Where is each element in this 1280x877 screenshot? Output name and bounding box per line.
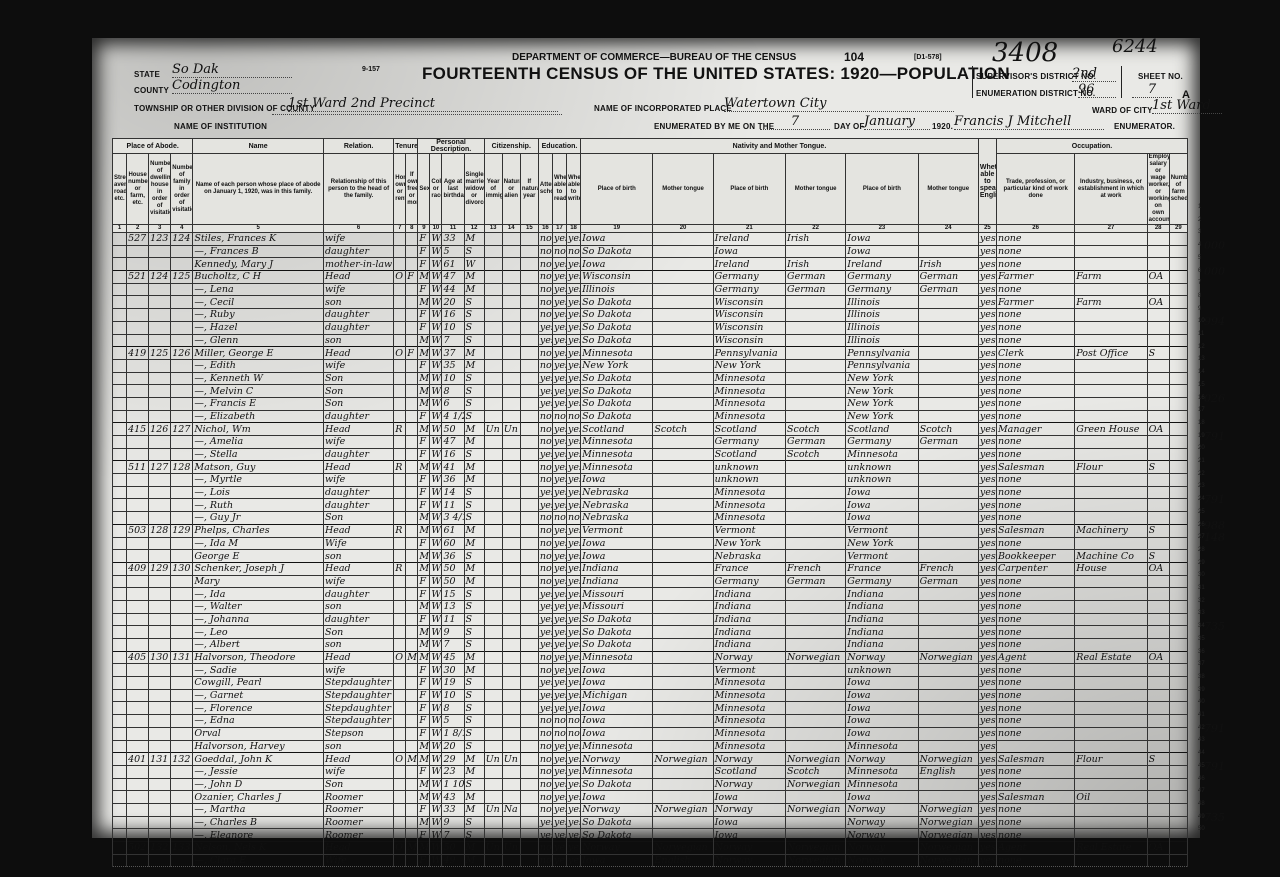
cell-imm: [484, 296, 502, 309]
cell-sex: M: [418, 626, 430, 639]
cell-age: 30: [442, 664, 464, 677]
cell-marital: S: [464, 397, 484, 410]
table-row: Ozanier, Charles JRoomerMW43MnoyesyesIow…: [113, 791, 1188, 804]
column-number: 20: [653, 225, 713, 233]
cell-dwelling: [149, 791, 171, 804]
cell-line: [113, 347, 127, 360]
cell-school: no: [538, 562, 552, 575]
cell-house: [127, 829, 149, 842]
cell-sex: M: [418, 512, 430, 525]
cell-school: no: [538, 778, 552, 791]
cell-line: [113, 461, 127, 474]
cell-english: yes: [978, 486, 996, 499]
cell-mtongue: [918, 512, 978, 525]
cell-race: W: [430, 321, 442, 334]
cell-relation: Wife: [323, 537, 393, 550]
cell-tongue: [653, 664, 713, 677]
column-number: 24: [918, 225, 978, 233]
cell-natyr: [520, 727, 538, 740]
cell-relation: son: [323, 639, 393, 652]
cell-age: 1 10/12: [442, 778, 464, 791]
line-number: 5: [1198, 255, 1201, 261]
cell-nat: [502, 537, 520, 550]
cell-line: [113, 245, 127, 258]
cell-ftongue: [785, 334, 845, 347]
cell-ftongue: [785, 359, 845, 372]
cell-ftongue: [785, 397, 845, 410]
cell-farm-schedule: [1169, 245, 1187, 258]
cell-sex: F: [418, 258, 430, 271]
cell-line: [113, 715, 127, 728]
cell-mbirth: Ireland: [846, 258, 918, 271]
cell-family: [171, 816, 193, 829]
enumerated-day: 7: [760, 114, 830, 130]
cell-dwelling: [149, 778, 171, 791]
cell-line: [113, 740, 127, 753]
cell-mbirth: Pennsylvania: [846, 359, 918, 372]
cell-sex: F: [418, 689, 430, 702]
cell-employer: [1147, 829, 1169, 842]
cell-marital: S: [464, 448, 484, 461]
group-nativity: Nativity and Mother Tongue.: [581, 139, 979, 154]
day-of-label: day of: [834, 122, 865, 131]
cell-race: W: [430, 245, 442, 258]
cell-mtongue: [918, 727, 978, 740]
cell-natyr: [520, 740, 538, 753]
cell-line: [113, 258, 127, 271]
cell-family: 125: [171, 271, 193, 284]
margin-occupation-code: 000: [1204, 239, 1225, 252]
cell-house: [127, 537, 149, 550]
cell-imm: [484, 613, 502, 626]
cell-race: W: [430, 410, 442, 423]
line-number: 39: [1198, 687, 1205, 693]
group-tenure: Tenure.: [394, 139, 418, 154]
cell-tongue: [653, 537, 713, 550]
page-title: FOURTEENTH CENSUS OF THE UNITED STATES: …: [422, 64, 1010, 84]
cell-tongue: [653, 791, 713, 804]
cell-nat: [502, 474, 520, 487]
cell-mort: M: [406, 842, 418, 855]
cell-read: yes: [552, 778, 566, 791]
table-row: 409129130Schenker, Joseph JHeadRMW50Mnoy…: [113, 562, 1188, 575]
cell-ftongue: [785, 347, 845, 360]
cell-industry: Green House: [1075, 423, 1147, 436]
cell-occupation: none: [996, 575, 1074, 588]
cell-name: —, Leo: [193, 626, 324, 639]
cell-occupation: Agent: [996, 651, 1074, 664]
stamp-number-2: 6244: [1112, 36, 1158, 57]
cell-nat: [502, 321, 520, 334]
cell-house: [127, 575, 149, 588]
cell-natyr: [520, 499, 538, 512]
line-number: 35: [1198, 636, 1205, 642]
table-row: —, Frances BdaughterFW5SnononoSo DakotaI…: [113, 245, 1188, 258]
cell-employer: [1147, 613, 1169, 626]
cell-write: yes: [567, 524, 581, 537]
cell-read: yes: [552, 524, 566, 537]
cell-employer: [1147, 702, 1169, 715]
cell-name: —, Charles B: [193, 816, 324, 829]
cell-family: [171, 715, 193, 728]
cell-dwelling: [149, 499, 171, 512]
cell-fbirth: Nebraska: [713, 550, 785, 563]
cell-house: [127, 372, 149, 385]
cell-own: [394, 245, 406, 258]
cell-tongue: [653, 296, 713, 309]
cell-sex: F: [418, 803, 430, 816]
cell-ftongue: Norwegian: [785, 651, 845, 664]
cell-natyr: [520, 588, 538, 601]
cell-age: 8: [442, 702, 464, 715]
line-number: 43: [1198, 737, 1205, 743]
table-row: OrvalStepsonFW1 8/12SnononoIowaMinnesota…: [113, 727, 1188, 740]
cell-school: no: [538, 803, 552, 816]
cell-name: —, Garnet: [193, 689, 324, 702]
cell-own: [394, 664, 406, 677]
cell-employer: [1147, 664, 1169, 677]
cell-imm: [484, 537, 502, 550]
cell-marital: S: [464, 816, 484, 829]
cell-imm: [484, 524, 502, 537]
cell-read: yes: [552, 233, 566, 246]
cell-english: yes: [978, 664, 996, 677]
column-number: 2: [127, 225, 149, 233]
cell-age: 33: [442, 233, 464, 246]
cell-fbirth: Germany: [713, 436, 785, 449]
cell-nat: [502, 562, 520, 575]
cell-age: 8: [442, 385, 464, 398]
table-row: —, EdithwifeFW35MnoyesyesNew YorkNew Yor…: [113, 359, 1188, 372]
cell-mbirth: Indiana: [846, 626, 918, 639]
table-row: —, Guy JrSonMW3 4/12SnononoNebraskaMinne…: [113, 512, 1188, 525]
cell-employer: [1147, 778, 1169, 791]
cell-house: [127, 778, 149, 791]
cell-occupation: none: [996, 385, 1074, 398]
cell-line: [113, 854, 127, 867]
cell-marital: S: [464, 778, 484, 791]
cell-name: —, Ida: [193, 588, 324, 601]
cell-tongue: [653, 613, 713, 626]
cell-relation: wife: [323, 474, 393, 487]
cell-industry: [1075, 233, 1147, 246]
cell-imm: [484, 778, 502, 791]
line-number: 3: [1198, 229, 1201, 235]
cell-nat: [502, 778, 520, 791]
cell-english: yes: [978, 347, 996, 360]
cell-farm-schedule: [1169, 588, 1187, 601]
cell-industry: [1075, 778, 1147, 791]
cell-mtongue: [918, 486, 978, 499]
cell-school: no: [538, 842, 552, 855]
cell-marital: M: [464, 854, 484, 867]
cell-family: [171, 702, 193, 715]
line-number: 1: [1198, 204, 1201, 210]
cell-sex: M: [418, 524, 430, 537]
form-id: [D1-578]: [914, 54, 942, 61]
cell-own: [394, 436, 406, 449]
cell-mort: [406, 600, 418, 613]
cell-tongue: [653, 258, 713, 271]
cell-name: —, Cecil: [193, 296, 324, 309]
cell-read: yes: [552, 677, 566, 690]
cell-own: [394, 626, 406, 639]
cell-read: yes: [552, 436, 566, 449]
cell-farm-schedule: [1169, 562, 1187, 575]
cell-natyr: [520, 385, 538, 398]
cell-ftongue: German: [785, 271, 845, 284]
cell-occupation: Salesman: [996, 753, 1074, 766]
cell-race: W: [430, 296, 442, 309]
cell-write: yes: [567, 550, 581, 563]
cell-school: yes: [538, 626, 552, 639]
cell-write: yes: [567, 474, 581, 487]
cell-imm: [484, 321, 502, 334]
cell-imm: [484, 283, 502, 296]
cell-tongue: [653, 486, 713, 499]
cell-school: no: [538, 765, 552, 778]
line-number: 2: [1198, 217, 1201, 223]
cell-write: yes: [567, 753, 581, 766]
cell-read: yes: [552, 271, 566, 284]
cell-tongue: [653, 524, 713, 537]
cell-mbirth: Norway: [846, 753, 918, 766]
cell-birth: Norway: [581, 753, 653, 766]
cell-english: yes: [978, 245, 996, 258]
cell-mort: [406, 258, 418, 271]
cell-sex: F: [418, 321, 430, 334]
cell-age: 1 8/12: [442, 727, 464, 740]
cell-mtongue: [918, 791, 978, 804]
cell-nat: [502, 397, 520, 410]
column-header: Naturalized or alien: [502, 154, 520, 225]
cell-name: —, Johanna: [193, 613, 324, 626]
table-row: George EsonMW36SnoyesyesIowaNebraskaVerm…: [113, 550, 1188, 563]
cell-fbirth: Indiana: [713, 639, 785, 652]
cell-employer: [1147, 537, 1169, 550]
cell-ftongue: [785, 296, 845, 309]
cell-family: [171, 791, 193, 804]
cell-house: [127, 283, 149, 296]
cell-natyr: [520, 486, 538, 499]
cell-nat: [502, 765, 520, 778]
cell-occupation: none: [996, 765, 1074, 778]
cell-read: yes: [552, 651, 566, 664]
cell-house: 521: [127, 271, 149, 284]
cell-natyr: [520, 245, 538, 258]
cell-farm-schedule: [1169, 283, 1187, 296]
cell-line: [113, 397, 127, 410]
cell-fbirth: Minnesota: [713, 397, 785, 410]
cell-age: 6: [442, 397, 464, 410]
cell-sex: F: [418, 677, 430, 690]
column-header: Trade, profession, or particular kind of…: [996, 154, 1074, 225]
cell-nat: [502, 816, 520, 829]
cell-age: 35: [442, 359, 464, 372]
cell-employer: [1147, 474, 1169, 487]
cell-race: W: [430, 829, 442, 842]
margin-occupation-code: 000: [1204, 265, 1225, 278]
cell-birth: So Dakota: [581, 321, 653, 334]
cell-read: yes: [552, 448, 566, 461]
cell-natyr: [520, 803, 538, 816]
cell-occupation: Farmer: [996, 296, 1074, 309]
cell-industry: [1075, 321, 1147, 334]
cell-english: yes: [978, 562, 996, 575]
cell-race: W: [430, 537, 442, 550]
cell-fbirth: Indiana: [713, 600, 785, 613]
cell-dwelling: [149, 296, 171, 309]
cell-family: [171, 854, 193, 867]
cell-ftongue: Scotch: [785, 423, 845, 436]
cell-natyr: [520, 854, 538, 867]
cell-line: [113, 283, 127, 296]
cell-name: —, Sadie: [193, 664, 324, 677]
column-header: Number of family in order of visitation: [171, 154, 193, 225]
cell-industry: Real Estate: [1075, 651, 1147, 664]
line-number: 7: [1198, 280, 1201, 286]
cell-imm: [484, 448, 502, 461]
line-number: 6: [1198, 268, 1201, 274]
cell-fbirth: Ireland: [713, 258, 785, 271]
cell-own: [394, 791, 406, 804]
margin-occupation-code: 735: [1204, 620, 1225, 633]
cell-school: yes: [538, 588, 552, 601]
cell-marital: S: [464, 829, 484, 842]
margin-occupation-code: 148: [1204, 531, 1225, 544]
cell-age: 13: [442, 600, 464, 613]
cell-fbirth: Minnesota: [713, 385, 785, 398]
cell-english: yes: [978, 677, 996, 690]
cell-write: yes: [567, 233, 581, 246]
cell-sex: M: [418, 550, 430, 563]
cell-age: 19: [442, 677, 464, 690]
cell-mort: [406, 474, 418, 487]
cell-read: yes: [552, 740, 566, 753]
cell-nat: [502, 727, 520, 740]
column-number: 3: [149, 225, 171, 233]
cell-birth: Iowa: [581, 677, 653, 690]
cell-mbirth: Minnesota: [846, 778, 918, 791]
cell-line: [113, 334, 127, 347]
cell-industry: [1075, 626, 1147, 639]
margin-occupation-code: 791: [1204, 722, 1225, 735]
cell-name: —, Martha: [193, 803, 324, 816]
cell-relation: Stepdaughter: [323, 689, 393, 702]
cell-industry: [1075, 689, 1147, 702]
cell-employer: [1147, 639, 1169, 652]
cell-employer: OA: [1147, 562, 1169, 575]
cell-school: no: [538, 537, 552, 550]
cell-tongue: [653, 321, 713, 334]
cell-mort: [406, 245, 418, 258]
cell-farm-schedule: [1169, 448, 1187, 461]
cell-line: [113, 512, 127, 525]
cell-write: yes: [567, 258, 581, 271]
cell-nat: [502, 448, 520, 461]
cell-race: W: [430, 334, 442, 347]
cell-relation: daughter: [323, 410, 393, 423]
cell-natyr: [520, 816, 538, 829]
cell-birth: So Dakota: [581, 410, 653, 423]
cell-natyr: [520, 842, 538, 855]
cell-own: [394, 296, 406, 309]
cell-race: W: [430, 664, 442, 677]
cell-house: [127, 296, 149, 309]
cell-house: [127, 334, 149, 347]
cell-school: no: [538, 233, 552, 246]
cell-marital: M: [464, 562, 484, 575]
column-header: Single, married, widowed, or divorced: [464, 154, 484, 225]
cell-family: [171, 258, 193, 271]
line-number: 36: [1198, 649, 1205, 655]
cell-school: yes: [538, 613, 552, 626]
cell-relation: wife: [323, 765, 393, 778]
cell-mbirth: Norway: [846, 854, 918, 867]
cell-occupation: none: [996, 600, 1074, 613]
cell-ftongue: French: [785, 562, 845, 575]
cell-mort: [406, 791, 418, 804]
cell-line: [113, 474, 127, 487]
cell-english: yes: [978, 854, 996, 867]
cell-birth: Indiana: [581, 575, 653, 588]
cell-imm: [484, 677, 502, 690]
column-header: Whether able to write: [567, 154, 581, 225]
cell-age: 36: [442, 550, 464, 563]
cell-mbirth: Indiana: [846, 600, 918, 613]
cell-house: [127, 309, 149, 322]
cell-name: —, Eleanore: [193, 829, 324, 842]
cell-marital: S: [464, 296, 484, 309]
cell-family: 124: [171, 233, 193, 246]
column-number: 16: [538, 225, 552, 233]
cell-nat: [502, 677, 520, 690]
cell-name: —, Amelia: [193, 436, 324, 449]
cell-own: [394, 385, 406, 398]
table-row: —, AmeliawifeFW47MnoyesyesMinnesotaGerma…: [113, 436, 1188, 449]
cell-own: [394, 816, 406, 829]
enumerator-name: Francis J Mitchell: [954, 114, 1104, 130]
cell-employer: [1147, 359, 1169, 372]
cell-natyr: [520, 829, 538, 842]
cell-family: [171, 448, 193, 461]
cell-name: Cowgill, Pearl: [193, 677, 324, 690]
cell-nat: [502, 258, 520, 271]
cell-line: [113, 727, 127, 740]
cell-marital: S: [464, 309, 484, 322]
cell-mtongue: [918, 309, 978, 322]
cell-tongue: [653, 651, 713, 664]
cell-mbirth: New York: [846, 372, 918, 385]
cell-family: [171, 499, 193, 512]
cell-school: yes: [538, 689, 552, 702]
cell-mbirth: Minnesota: [846, 740, 918, 753]
cell-mtongue: [918, 613, 978, 626]
cell-write: yes: [567, 271, 581, 284]
cell-mtongue: [918, 474, 978, 487]
cell-mtongue: German: [918, 283, 978, 296]
cell-natyr: [520, 651, 538, 664]
cell-employer: [1147, 309, 1169, 322]
cell-age: 47: [442, 271, 464, 284]
cell-farm-schedule: [1169, 550, 1187, 563]
cell-occupation: none: [996, 854, 1074, 867]
cell-own: [394, 486, 406, 499]
cell-relation: daughter: [323, 448, 393, 461]
cell-sex: F: [418, 588, 430, 601]
cell-imm: [484, 765, 502, 778]
cell-school: yes: [538, 334, 552, 347]
